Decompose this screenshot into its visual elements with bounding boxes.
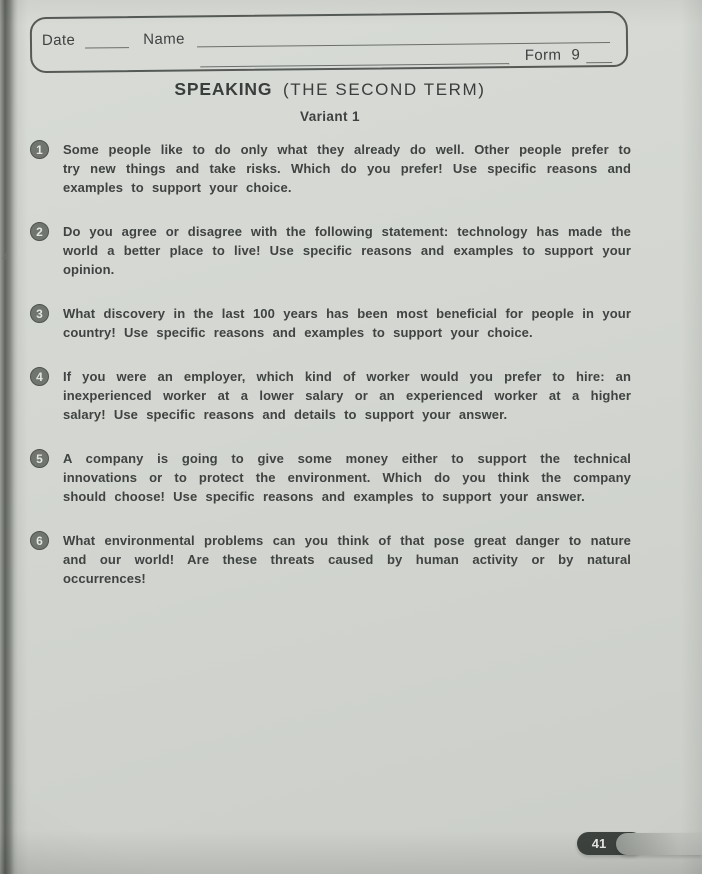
workbook-page-photo: 4 Date Name Form 9 SPEAKING (THE SECOND …	[0, 0, 702, 874]
form-value: 9	[571, 46, 580, 63]
signature-edge-mark: 4	[2, 252, 8, 263]
name-label: Name	[143, 31, 185, 48]
question-text-3: What discovery in the last 100 years has…	[63, 306, 631, 340]
page-title: SPEAKING (THE SECOND TERM)	[30, 79, 630, 100]
date-label: Date	[42, 32, 75, 49]
question-item-2: 2 Do you agree or disagree with the foll…	[30, 222, 631, 279]
form-label: Form	[525, 47, 562, 64]
question-number-badge-4: 4	[30, 367, 49, 386]
title-main: SPEAKING	[174, 79, 272, 99]
question-text-1: Some people like to do only what they al…	[63, 142, 631, 195]
title-term: (THE SECOND TERM)	[277, 80, 486, 99]
question-list: 1 Some people like to do only what they …	[30, 140, 631, 613]
date-name-header-box: Date Name Form 9	[30, 11, 629, 73]
date-blank-line	[85, 33, 129, 48]
question-item-1: 1 Some people like to do only what they …	[30, 140, 631, 197]
question-item-6: 6 What environmental problems can you th…	[30, 531, 631, 588]
question-number-badge-3: 3	[30, 304, 49, 323]
question-number-badge-5: 5	[30, 449, 49, 468]
page-number-tab-extension	[616, 833, 702, 855]
name-blank-line-2	[200, 49, 509, 67]
question-number-badge-1: 1	[30, 140, 49, 159]
page-left-edge-shadow	[0, 0, 18, 874]
variant-label: Variant 1	[30, 109, 630, 124]
title-term-text: (THE SECOND TERM)	[283, 80, 486, 99]
page-number: 41	[592, 836, 606, 851]
form-field: Form 9	[525, 46, 613, 64]
question-item-3: 3 What discovery in the last 100 years h…	[30, 304, 631, 342]
question-item-5: 5 A company is going to give some money …	[30, 449, 631, 506]
question-number-badge-2: 2	[30, 222, 49, 241]
form-blank-line	[586, 48, 612, 63]
header-row-1: Date Name	[32, 13, 626, 49]
question-number-badge-6: 6	[30, 531, 49, 550]
question-text-6: What environmental problems can you thin…	[63, 533, 631, 586]
question-text-5: A company is going to give some money ei…	[63, 451, 631, 504]
question-item-4: 4 If you were an employer, which kind of…	[30, 367, 631, 424]
question-text-2: Do you agree or disagree with the follow…	[63, 224, 631, 277]
question-text-4: If you were an employer, which kind of w…	[63, 369, 631, 422]
